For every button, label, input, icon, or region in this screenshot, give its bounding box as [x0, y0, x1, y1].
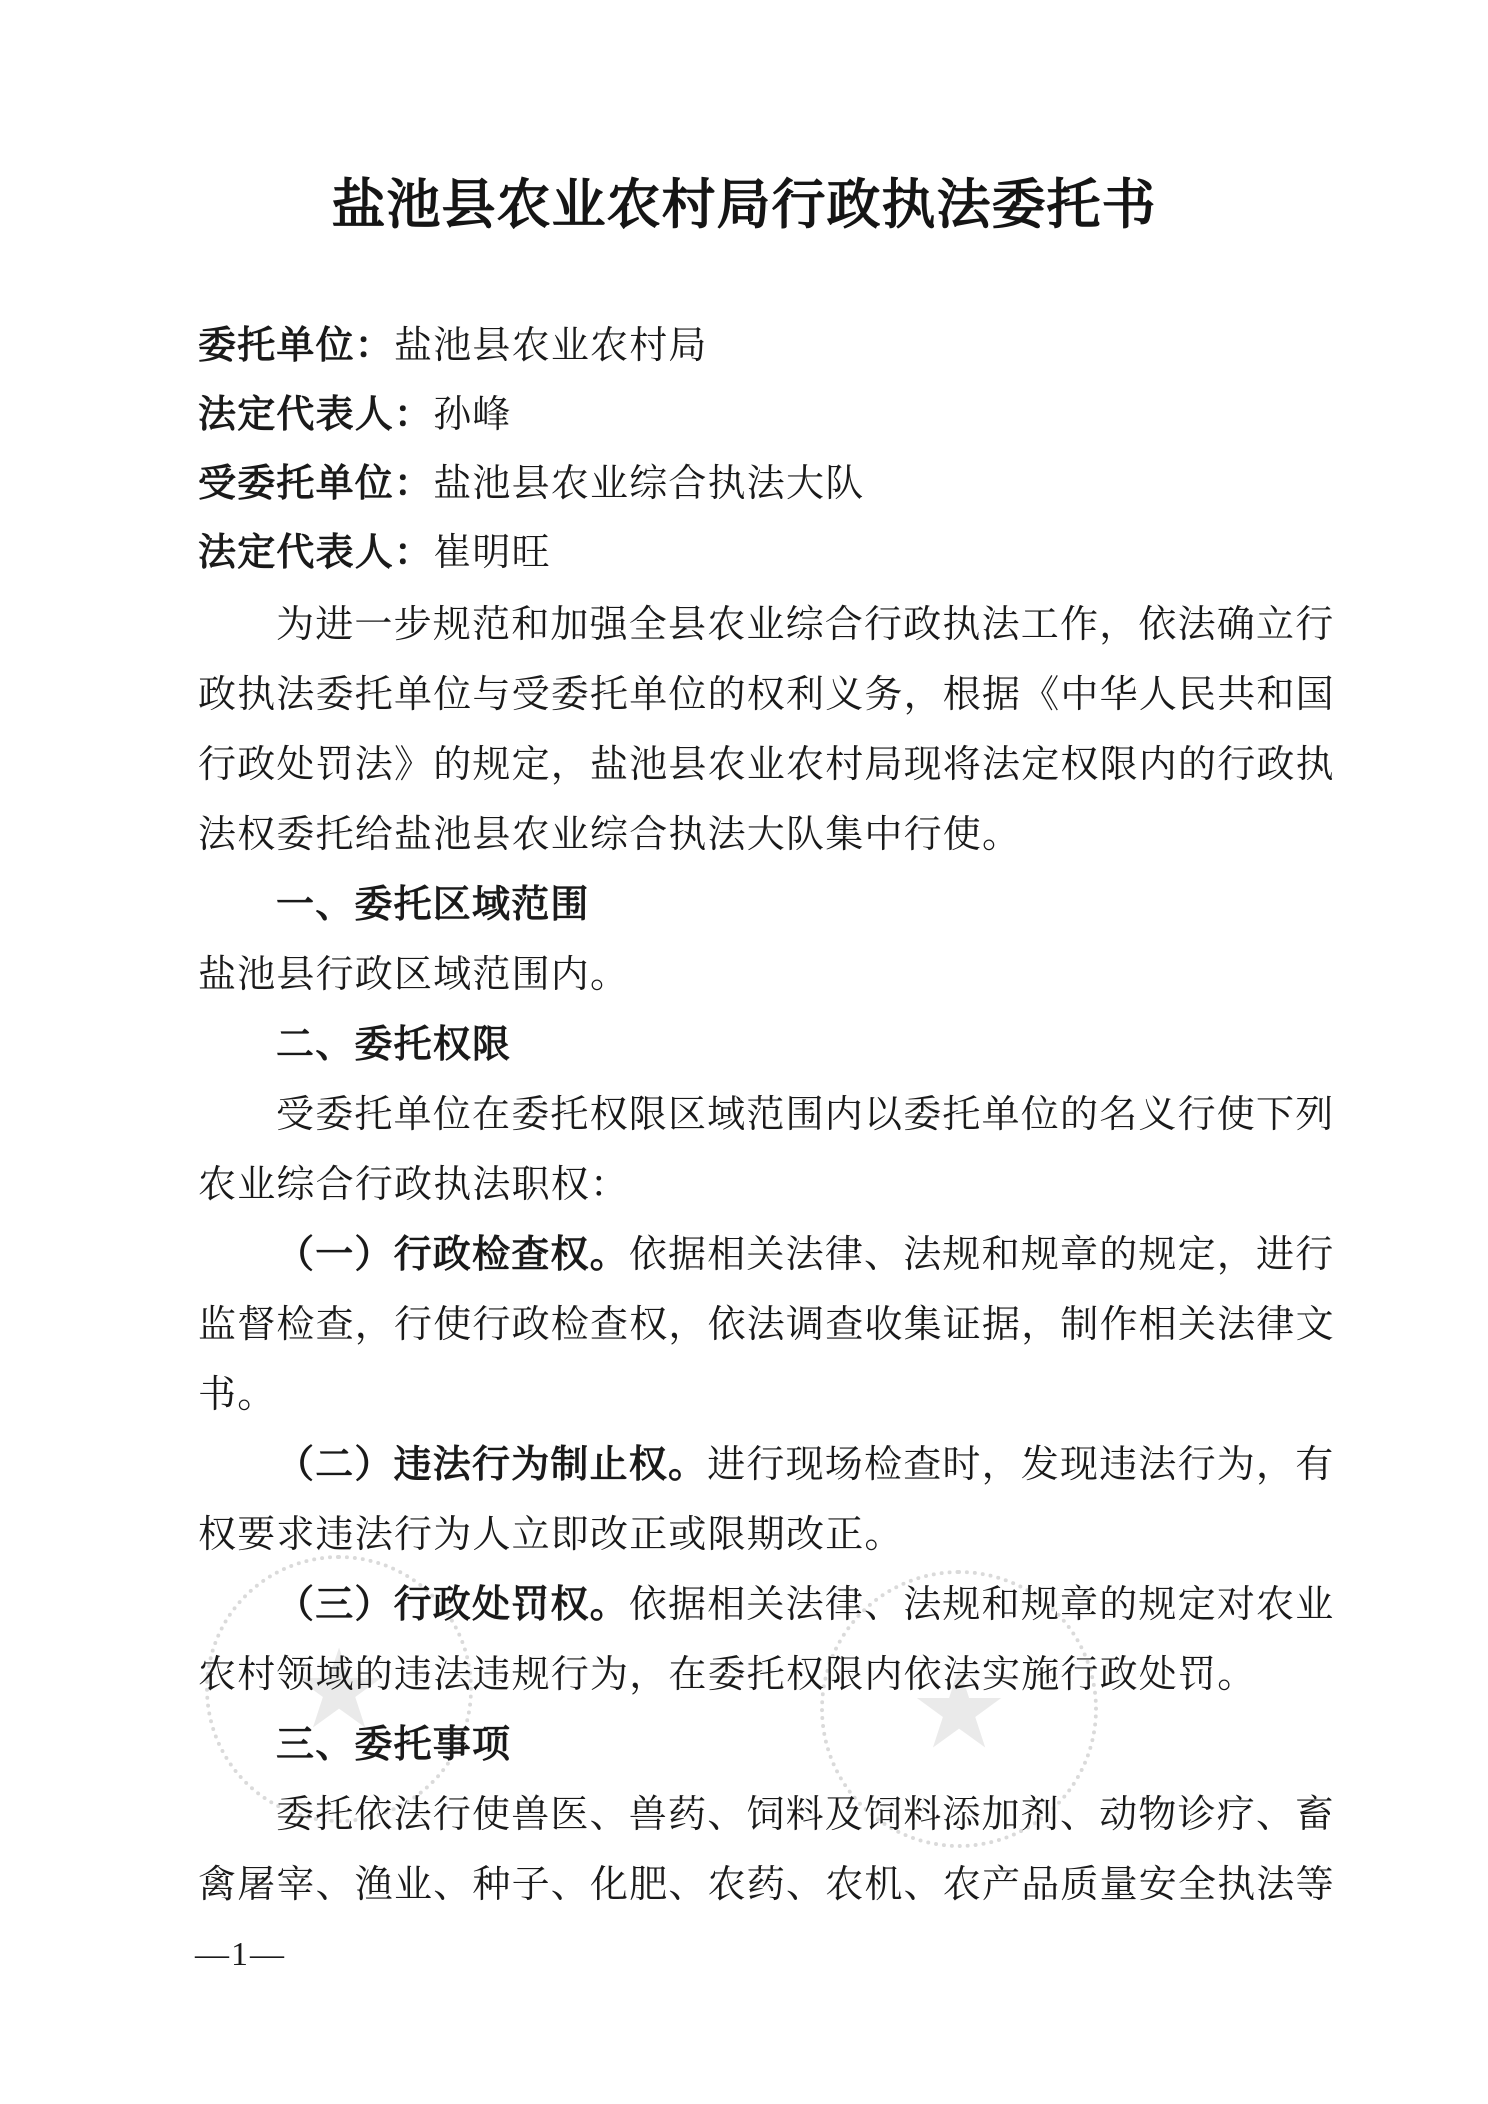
party-value: 盐池县农业综合执法大队 [433, 461, 864, 505]
section-text: 农村领域的违法违规行为，在委托权限内依法实施行政处罚。 [198, 1639, 1288, 1709]
section-text: 农业综合行政执法职权： [198, 1149, 1288, 1219]
section-text: 监督检查，行使行政检查权，依法调查收集证据，制作相关法律文 [198, 1289, 1288, 1359]
party-value: 孙峰 [433, 392, 511, 436]
section-text: 盐池县行政区域范围内。 [198, 939, 1288, 1009]
party-legal-rep-2: 法定代表人：崔明旺 [198, 517, 1288, 587]
authority-item-text: 进行现场检查时，发现违法行为，有 [707, 1442, 1334, 1486]
authority-item-stop-violation: （二）违法行为制止权。进行现场检查时，发现违法行为，有 [198, 1429, 1288, 1499]
document-title: 盐池县农业农村局行政执法委托书 [0, 170, 1488, 240]
party-entrusting-unit: 委托单位：盐池县农业农村局 [198, 310, 1288, 380]
section-text: 委托依法行使兽医、兽药、饲料及饲料添加剂、动物诊疗、畜 [198, 1779, 1288, 1849]
authority-item-text: 依据相关法律、法规和规章的规定对农业 [629, 1582, 1335, 1626]
section-heading-matters: 三、委托事项 [198, 1709, 1288, 1779]
party-label: 受委托单位： [198, 461, 433, 505]
section-heading-scope: 一、委托区域范围 [198, 869, 1288, 939]
intro-line: 法权委托给盐池县农业综合执法大队集中行使。 [198, 799, 1288, 869]
section-text: 权要求违法行为人立即改正或限期改正。 [198, 1499, 1288, 1569]
party-entrusted-unit: 受委托单位：盐池县农业综合执法大队 [198, 448, 1288, 518]
party-label: 法定代表人： [198, 530, 433, 574]
intro-line: 为进一步规范和加强全县农业综合行政执法工作，依法确立行 [198, 589, 1288, 659]
party-label: 法定代表人： [198, 392, 433, 436]
party-value: 崔明旺 [433, 530, 551, 574]
party-label: 委托单位： [198, 323, 394, 367]
authority-item-text: 依据相关法律、法规和规章的规定，进行 [629, 1232, 1335, 1276]
section-heading-authority: 二、委托权限 [198, 1009, 1288, 1079]
page-number: —1— [195, 1935, 286, 1975]
party-legal-rep-1: 法定代表人：孙峰 [198, 379, 1288, 449]
authority-item-title: （一）行政检查权。 [276, 1232, 629, 1276]
authority-item-title: （三）行政处罚权。 [276, 1582, 629, 1626]
authority-item-penalty: （三）行政处罚权。依据相关法律、法规和规章的规定对农业 [198, 1569, 1288, 1639]
intro-line: 行政处罚法》的规定，盐池县农业农村局现将法定权限内的行政执 [198, 729, 1288, 799]
intro-line: 政执法委托单位与受委托单位的权利义务，根据《中华人民共和国 [198, 659, 1288, 729]
section-text: 受委托单位在委托权限区域范围内以委托单位的名义行使下列 [198, 1079, 1288, 1149]
section-text: 书。 [198, 1359, 1288, 1429]
section-text: 禽屠宰、渔业、种子、化肥、农药、农机、农产品质量安全执法等 [198, 1849, 1288, 1919]
document-page: ★ ★ 盐池县农业农村局行政执法委托书 委托单位：盐池县农业农村局 法定代表人：… [0, 0, 1488, 2104]
party-value: 盐池县农业农村局 [394, 323, 708, 367]
authority-item-title: （二）违法行为制止权。 [276, 1442, 707, 1486]
authority-item-inspection: （一）行政检查权。依据相关法律、法规和规章的规定，进行 [198, 1219, 1288, 1289]
